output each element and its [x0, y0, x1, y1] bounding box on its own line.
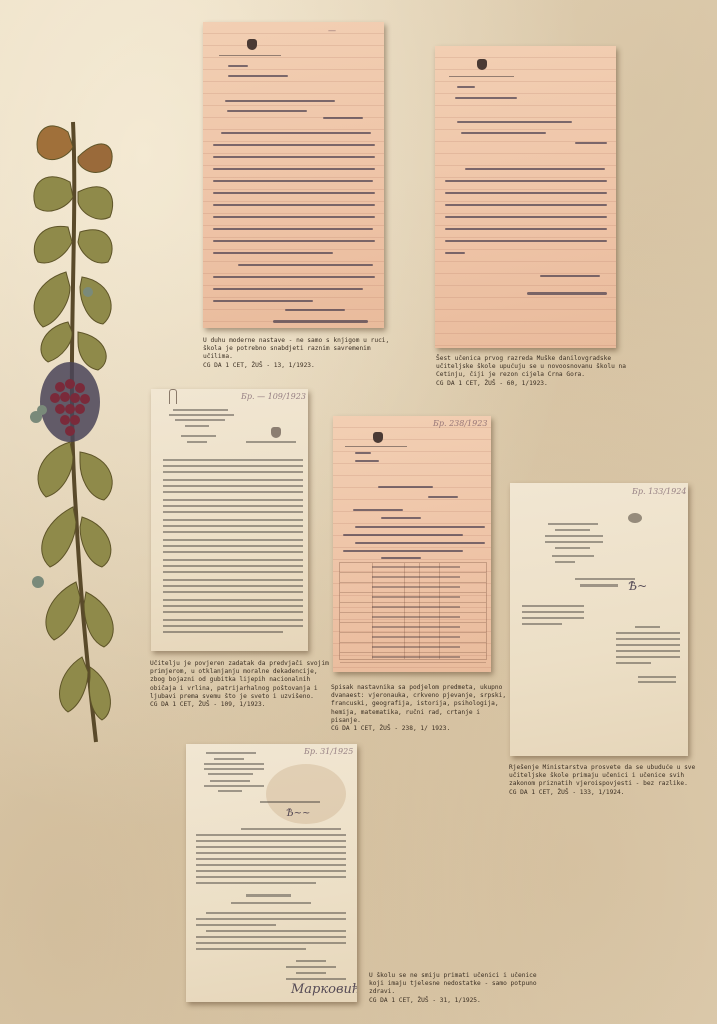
archival-document-4[interactable]: Бр. 238/1923 — [333, 416, 491, 672]
caption-document-6: U školu se ne smiju primati učenici i uč… — [369, 972, 539, 1005]
caption-text: Rješenje Ministarstva prosvete da se ubu… — [509, 764, 695, 787]
registry-mark: Бр. 238/1923 — [433, 419, 487, 428]
archive-reference: CG DA 1 CET, ŽUŠ - 31, 1/1925. — [369, 997, 539, 1005]
archive-reference: CG DA 1 CET, ŽUŠ - 238, 1/ 1923. — [331, 725, 509, 733]
closing-line — [285, 309, 345, 311]
caption-document-4: Spisak nastavnika sa podjelom predmeta, … — [331, 684, 509, 733]
registry-mark: Бр. 133/1924 — [632, 487, 686, 496]
botanical-vine-illustration — [18, 112, 128, 752]
royal-crest-icon — [373, 432, 383, 443]
caption-document-3: Učitelju je povjeren zadatak da predvjač… — [150, 660, 330, 709]
royal-crest-icon — [271, 427, 281, 438]
registry-mark: Бр. — 109/1923 — [241, 392, 306, 401]
paperclip-icon — [169, 389, 177, 404]
signature: Марковић — [291, 982, 357, 997]
archival-document-3[interactable]: Бр. — 109/1923 — [151, 389, 308, 651]
caption-document-5: Rješenje Ministarstva prosvete da se ubu… — [509, 764, 705, 797]
signature — [273, 320, 368, 323]
caption-text: Učitelju je povjeren zadatak da predvjač… — [150, 660, 329, 700]
closing-line — [540, 275, 600, 277]
letterhead — [345, 446, 407, 447]
teacher-subject-table — [339, 562, 487, 660]
archival-document-2[interactable] — [435, 46, 616, 348]
royal-crest-icon — [477, 59, 487, 70]
royal-crest-icon — [247, 39, 257, 50]
caption-text: Šest učenica prvog razreda Muške danilov… — [436, 355, 626, 378]
archive-reference: CG DA 1 CET, ŽUŠ - 60, 1/1923. — [436, 380, 628, 388]
caption-document-2: Šest učenica prvog razreda Muške danilov… — [436, 355, 628, 388]
signature: Ѣ~~ — [286, 808, 310, 819]
letterhead — [219, 55, 281, 56]
registry-mark: — — [328, 26, 336, 35]
decision-heading — [246, 894, 291, 897]
archival-document-6[interactable]: Бр. 31/1925 Ѣ~~ Марковић — [186, 744, 357, 1002]
archive-reference: CG DA 1 CET, ŽUŠ - 109, 1/1923. — [150, 701, 330, 709]
caption-document-1: U duhu moderne nastave - ne samo s knjig… — [203, 337, 403, 370]
archive-reference: CG DA 1 CET, ŽUŠ - 13, 1/1923. — [203, 362, 403, 370]
letterhead — [449, 76, 514, 77]
caption-text: Spisak nastavnika sa podjelom predmeta, … — [331, 684, 506, 724]
archival-document-5[interactable]: Бр. 133/1924 Ѣ~ — [510, 483, 688, 756]
caption-text: U školu se ne smiju primati učenici i uč… — [369, 972, 537, 995]
archival-document-1[interactable]: — — [203, 22, 384, 328]
signature — [527, 292, 607, 295]
caption-text: U duhu moderne nastave - ne samo s knjig… — [203, 337, 389, 360]
registry-mark: Бр. 31/1925 — [304, 747, 353, 756]
archive-reference: CG DA 1 CET, ŽUŠ - 133, 1/1924. — [509, 789, 705, 797]
signature: Ѣ~ — [628, 579, 647, 593]
